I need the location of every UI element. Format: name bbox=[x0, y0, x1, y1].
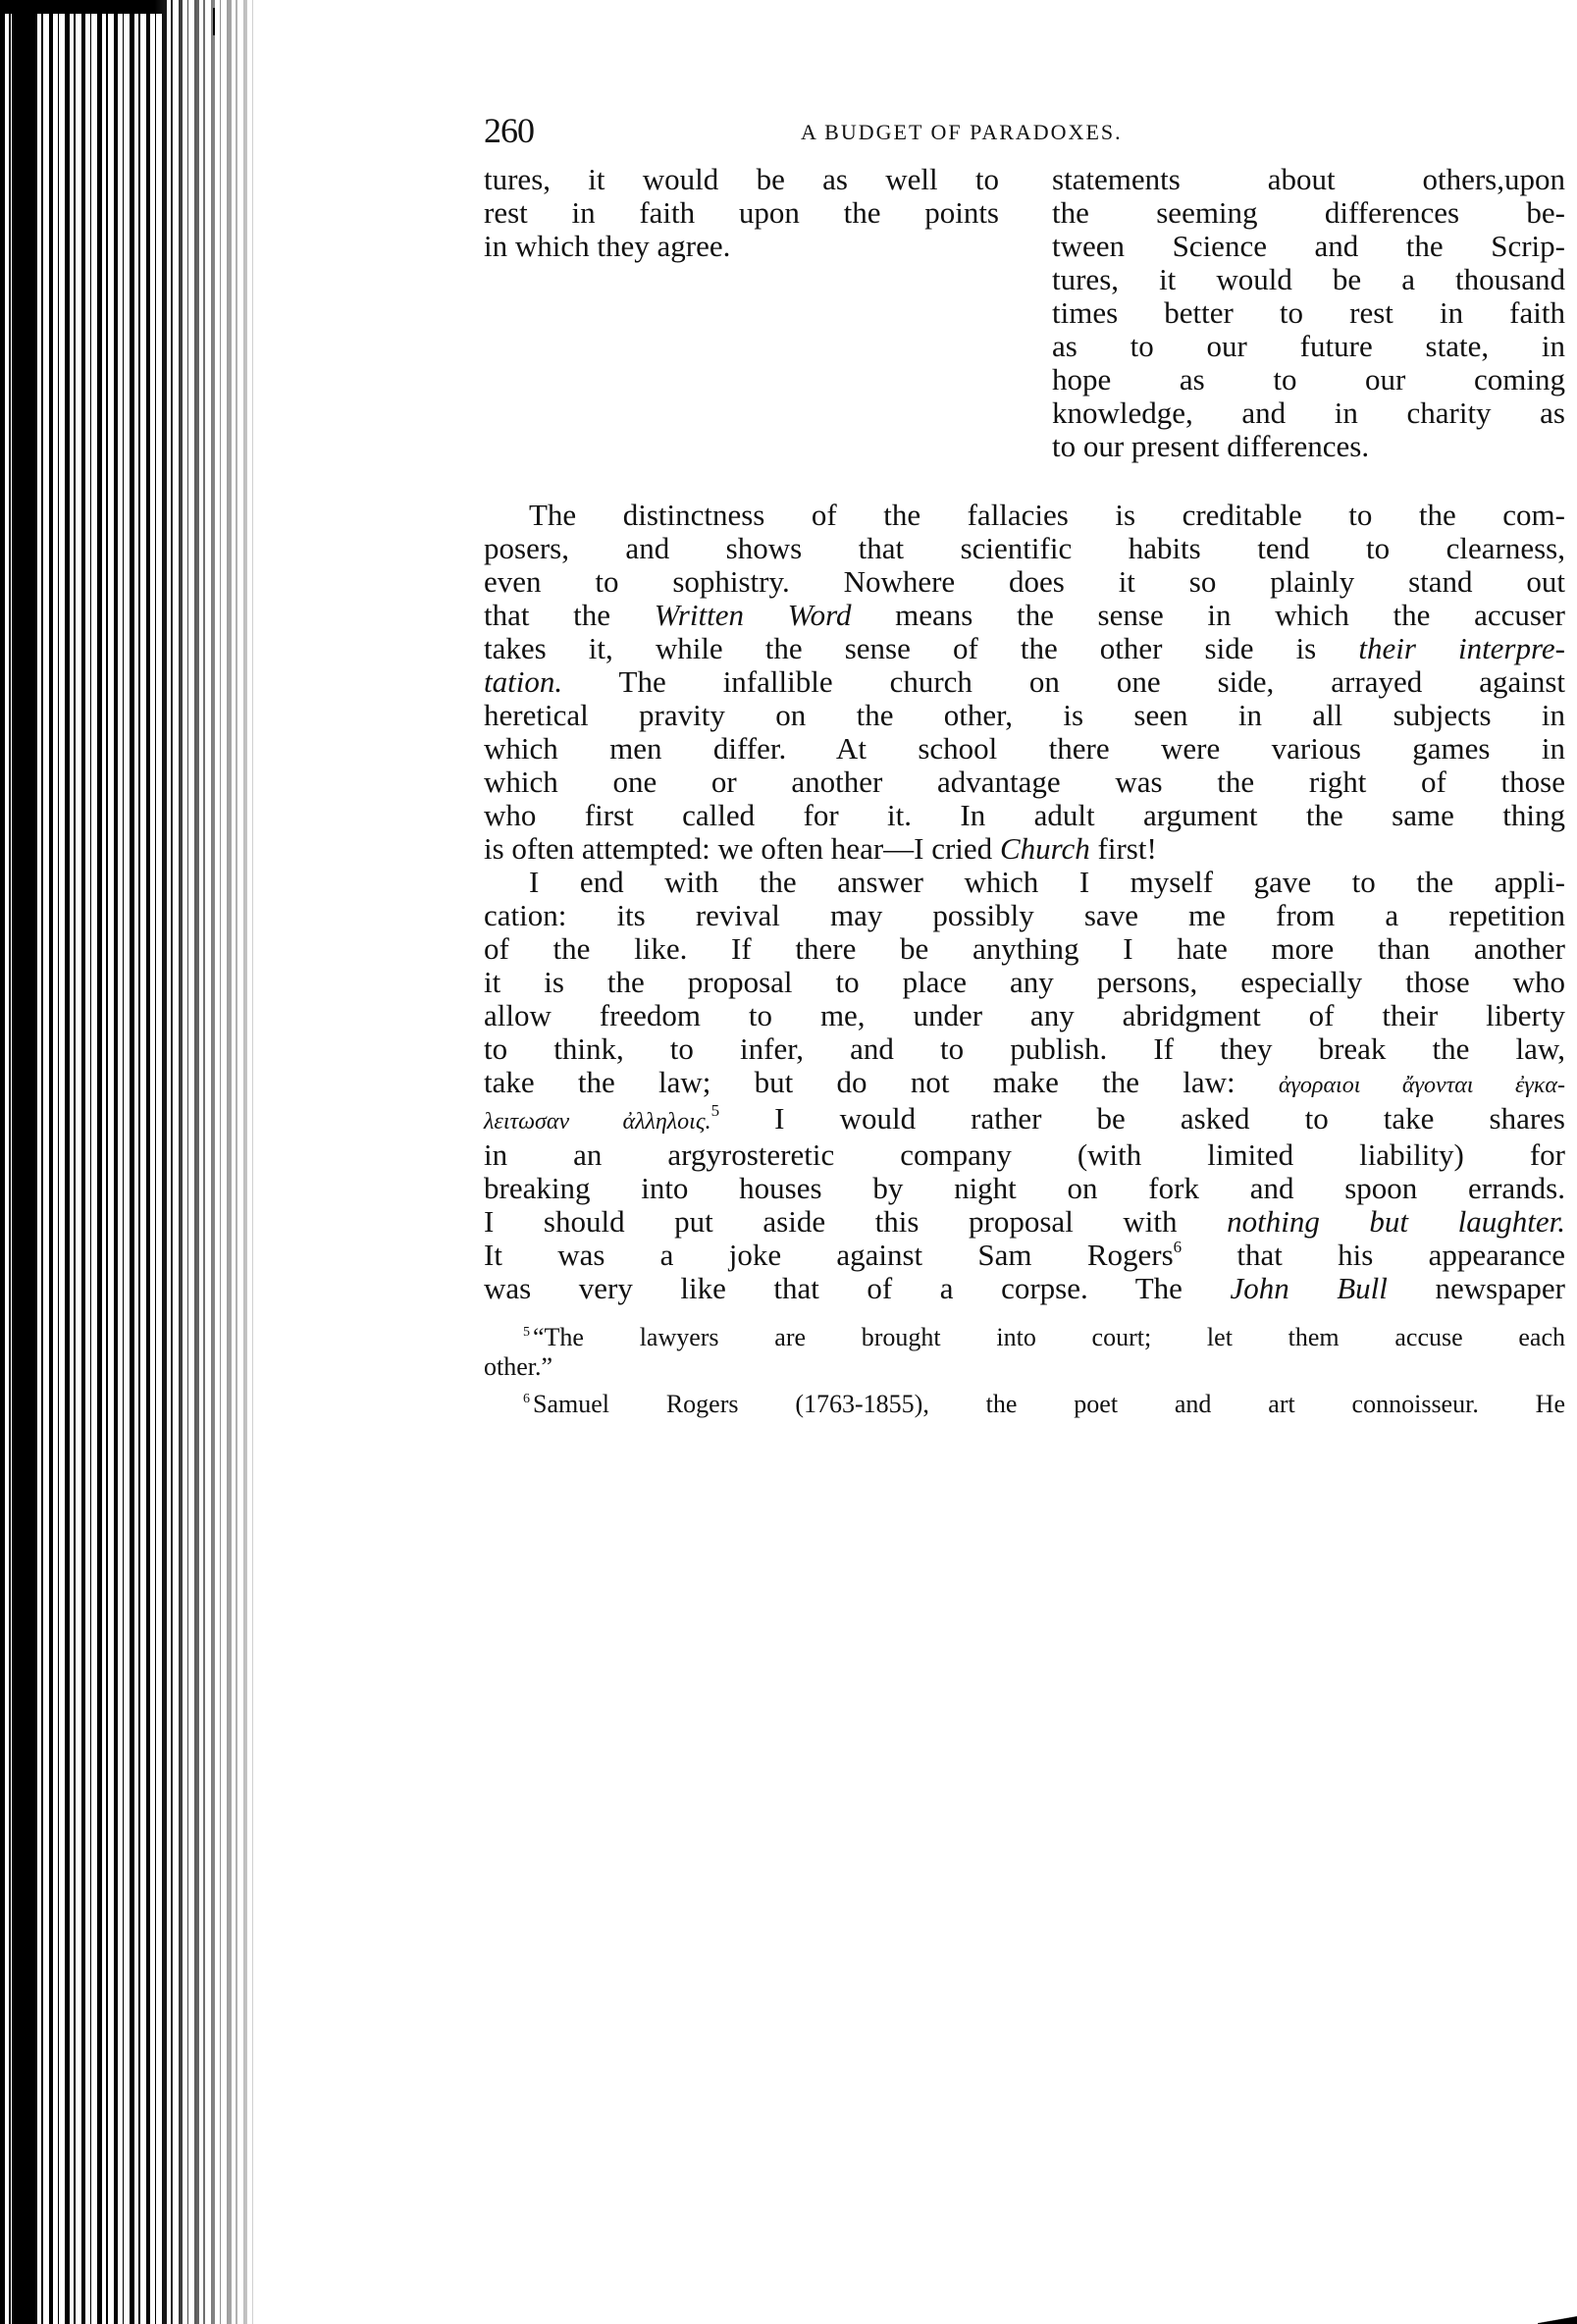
left-column-line: tures, it would be as well to bbox=[484, 163, 999, 196]
text-run: The infallible church on one side, array… bbox=[562, 664, 1565, 699]
body-line: I end with the answer which I myself gav… bbox=[484, 866, 1565, 899]
footnote-ref-6[interactable]: 6 bbox=[1174, 1238, 1183, 1256]
text-run: that his appearance bbox=[1182, 1238, 1565, 1272]
italic-phrase: tation. bbox=[484, 664, 562, 699]
body-line: it is the proposal to place any persons,… bbox=[484, 966, 1565, 999]
running-title: A BUDGET OF PARADOXES. bbox=[801, 120, 1123, 145]
body-line: λειτωσαν ἀλληλοις.5 I would rather be as… bbox=[484, 1102, 1565, 1138]
body-line: heretical pravity on the other, is seen … bbox=[484, 699, 1565, 732]
footnotes: 5“The lawyers are brought into court; le… bbox=[484, 1323, 1565, 1419]
right-column-line: statements about others,upon bbox=[1052, 163, 1565, 196]
body-line: allow freedom to me, under any abridgmen… bbox=[484, 999, 1565, 1032]
right-column-line: to our present differences. bbox=[1052, 430, 1565, 463]
italic-phrase: Written Word bbox=[655, 598, 852, 632]
running-head: 260 A BUDGET OF PARADOXES. bbox=[484, 110, 1565, 169]
body-line: takes it, while the sense of the other s… bbox=[484, 632, 1565, 665]
body-line: which one or another advantage was the r… bbox=[484, 766, 1565, 799]
greek-quotation: λειτωσαν ἀλληλοις. bbox=[484, 1109, 711, 1135]
text-run: It was a joke against Sam Rogers bbox=[484, 1238, 1174, 1272]
body-line: which men differ. At school there were v… bbox=[484, 732, 1565, 766]
body-line: It was a joke against Sam Rogers6 that h… bbox=[484, 1239, 1565, 1272]
body-line: The distinctness of the fallacies is cre… bbox=[484, 499, 1565, 532]
corner-mark bbox=[1538, 2316, 1577, 2324]
body-line: take the law; but do not make the law: ἀ… bbox=[484, 1066, 1565, 1102]
italic-phrase: nothing but laughter. bbox=[1227, 1204, 1565, 1239]
body-line: cation: its revival may possibly save me… bbox=[484, 899, 1565, 932]
right-column-line: knowledge, and in charity as bbox=[1052, 396, 1565, 430]
right-column-line: the seeming differences be- bbox=[1052, 196, 1565, 230]
italic-phrase: John Bull bbox=[1230, 1271, 1387, 1305]
left-column: tures, it would be as well to rest in fa… bbox=[484, 163, 999, 463]
body-line: in an argyrosteretic company (with limit… bbox=[484, 1138, 1565, 1172]
book-page: 260 A BUDGET OF PARADOXES. tures, it wou… bbox=[484, 110, 1565, 1419]
footnote-5: 5“The lawyers are brought into court; le… bbox=[484, 1323, 1565, 1382]
spine-mark bbox=[213, 8, 215, 35]
paragraph-1: The distinctness of the fallacies is cre… bbox=[484, 499, 1565, 866]
two-column-block: tures, it would be as well to rest in fa… bbox=[484, 163, 1565, 463]
body-line: to think, to infer, and to publish. If t… bbox=[484, 1032, 1565, 1066]
body-line: of the like. If there be anything I hate… bbox=[484, 932, 1565, 966]
body-line: was very like that of a corpse. The John… bbox=[484, 1272, 1565, 1305]
body-line: breaking into houses by night on fork an… bbox=[484, 1172, 1565, 1205]
right-column-line: times better to rest in faith bbox=[1052, 296, 1565, 330]
right-column-line: tures, it would be a thousand bbox=[1052, 263, 1565, 296]
italic-phrase: Church bbox=[1000, 831, 1090, 866]
left-column-line: in which they agree. bbox=[484, 230, 999, 263]
text-run: that the bbox=[484, 598, 655, 632]
body-text: The distinctness of the fallacies is cre… bbox=[484, 499, 1565, 1305]
text-run: newspaper bbox=[1388, 1271, 1565, 1305]
text-run: first! bbox=[1090, 831, 1157, 866]
text-run: is often attempted: we often hear—I crie… bbox=[484, 831, 1000, 866]
body-line: tation. The infallible church on one sid… bbox=[484, 665, 1565, 699]
italic-phrase: their interpre- bbox=[1358, 631, 1565, 665]
right-column-line: tween Science and the Scrip- bbox=[1052, 230, 1565, 263]
text-run: I would rather be asked to take shares bbox=[719, 1101, 1565, 1136]
footnote-line: other.” bbox=[484, 1352, 1565, 1382]
paragraph-2: I end with the answer which I myself gav… bbox=[484, 866, 1565, 1305]
text-run: take the law; but do not make the law: bbox=[484, 1065, 1279, 1099]
footnote-marker: 6 bbox=[523, 1392, 530, 1406]
footnote-6: 6Samuel Rogers (1763-1855), the poet and… bbox=[484, 1390, 1565, 1419]
text-run: means the sense in which the accuser bbox=[852, 598, 1566, 632]
body-line: I should put aside this proposal with no… bbox=[484, 1205, 1565, 1239]
body-line: that the Written Word means the sense in… bbox=[484, 599, 1565, 632]
body-line: posers, and shows that scientific habits… bbox=[484, 532, 1565, 565]
page-edge-scan-artifact bbox=[0, 0, 257, 2324]
footnote-line: 6Samuel Rogers (1763-1855), the poet and… bbox=[484, 1390, 1565, 1419]
body-line: is often attempted: we often hear—I crie… bbox=[484, 832, 1565, 866]
text-run: takes it, while the sense of the other s… bbox=[484, 631, 1358, 665]
right-column-line: as to our future state, in bbox=[1052, 330, 1565, 363]
footnote-text: “The lawyers are brought into court; let… bbox=[533, 1323, 1565, 1351]
body-line: who first called for it. In adult argume… bbox=[484, 799, 1565, 832]
footnote-line: 5“The lawyers are brought into court; le… bbox=[484, 1323, 1565, 1352]
right-column-line: hope as to our coming bbox=[1052, 363, 1565, 396]
text-run: was very like that of a corpse. The bbox=[484, 1271, 1230, 1305]
page-number: 260 bbox=[484, 110, 534, 151]
body-line: even to sophistry. Nowhere does it so pl… bbox=[484, 565, 1565, 599]
left-column-line: rest in faith upon the points bbox=[484, 196, 999, 230]
footnote-marker: 5 bbox=[523, 1325, 530, 1340]
footnote-ref-5[interactable]: 5 bbox=[711, 1101, 720, 1120]
footnote-text: Samuel Rogers (1763-1855), the poet and … bbox=[533, 1390, 1565, 1418]
right-column: statements about others,upon the seeming… bbox=[1052, 163, 1565, 463]
text-run: I should put aside this proposal with bbox=[484, 1204, 1227, 1239]
greek-quotation: ἀγοραιοι ἄγονται ἐγκα- bbox=[1279, 1073, 1565, 1098]
